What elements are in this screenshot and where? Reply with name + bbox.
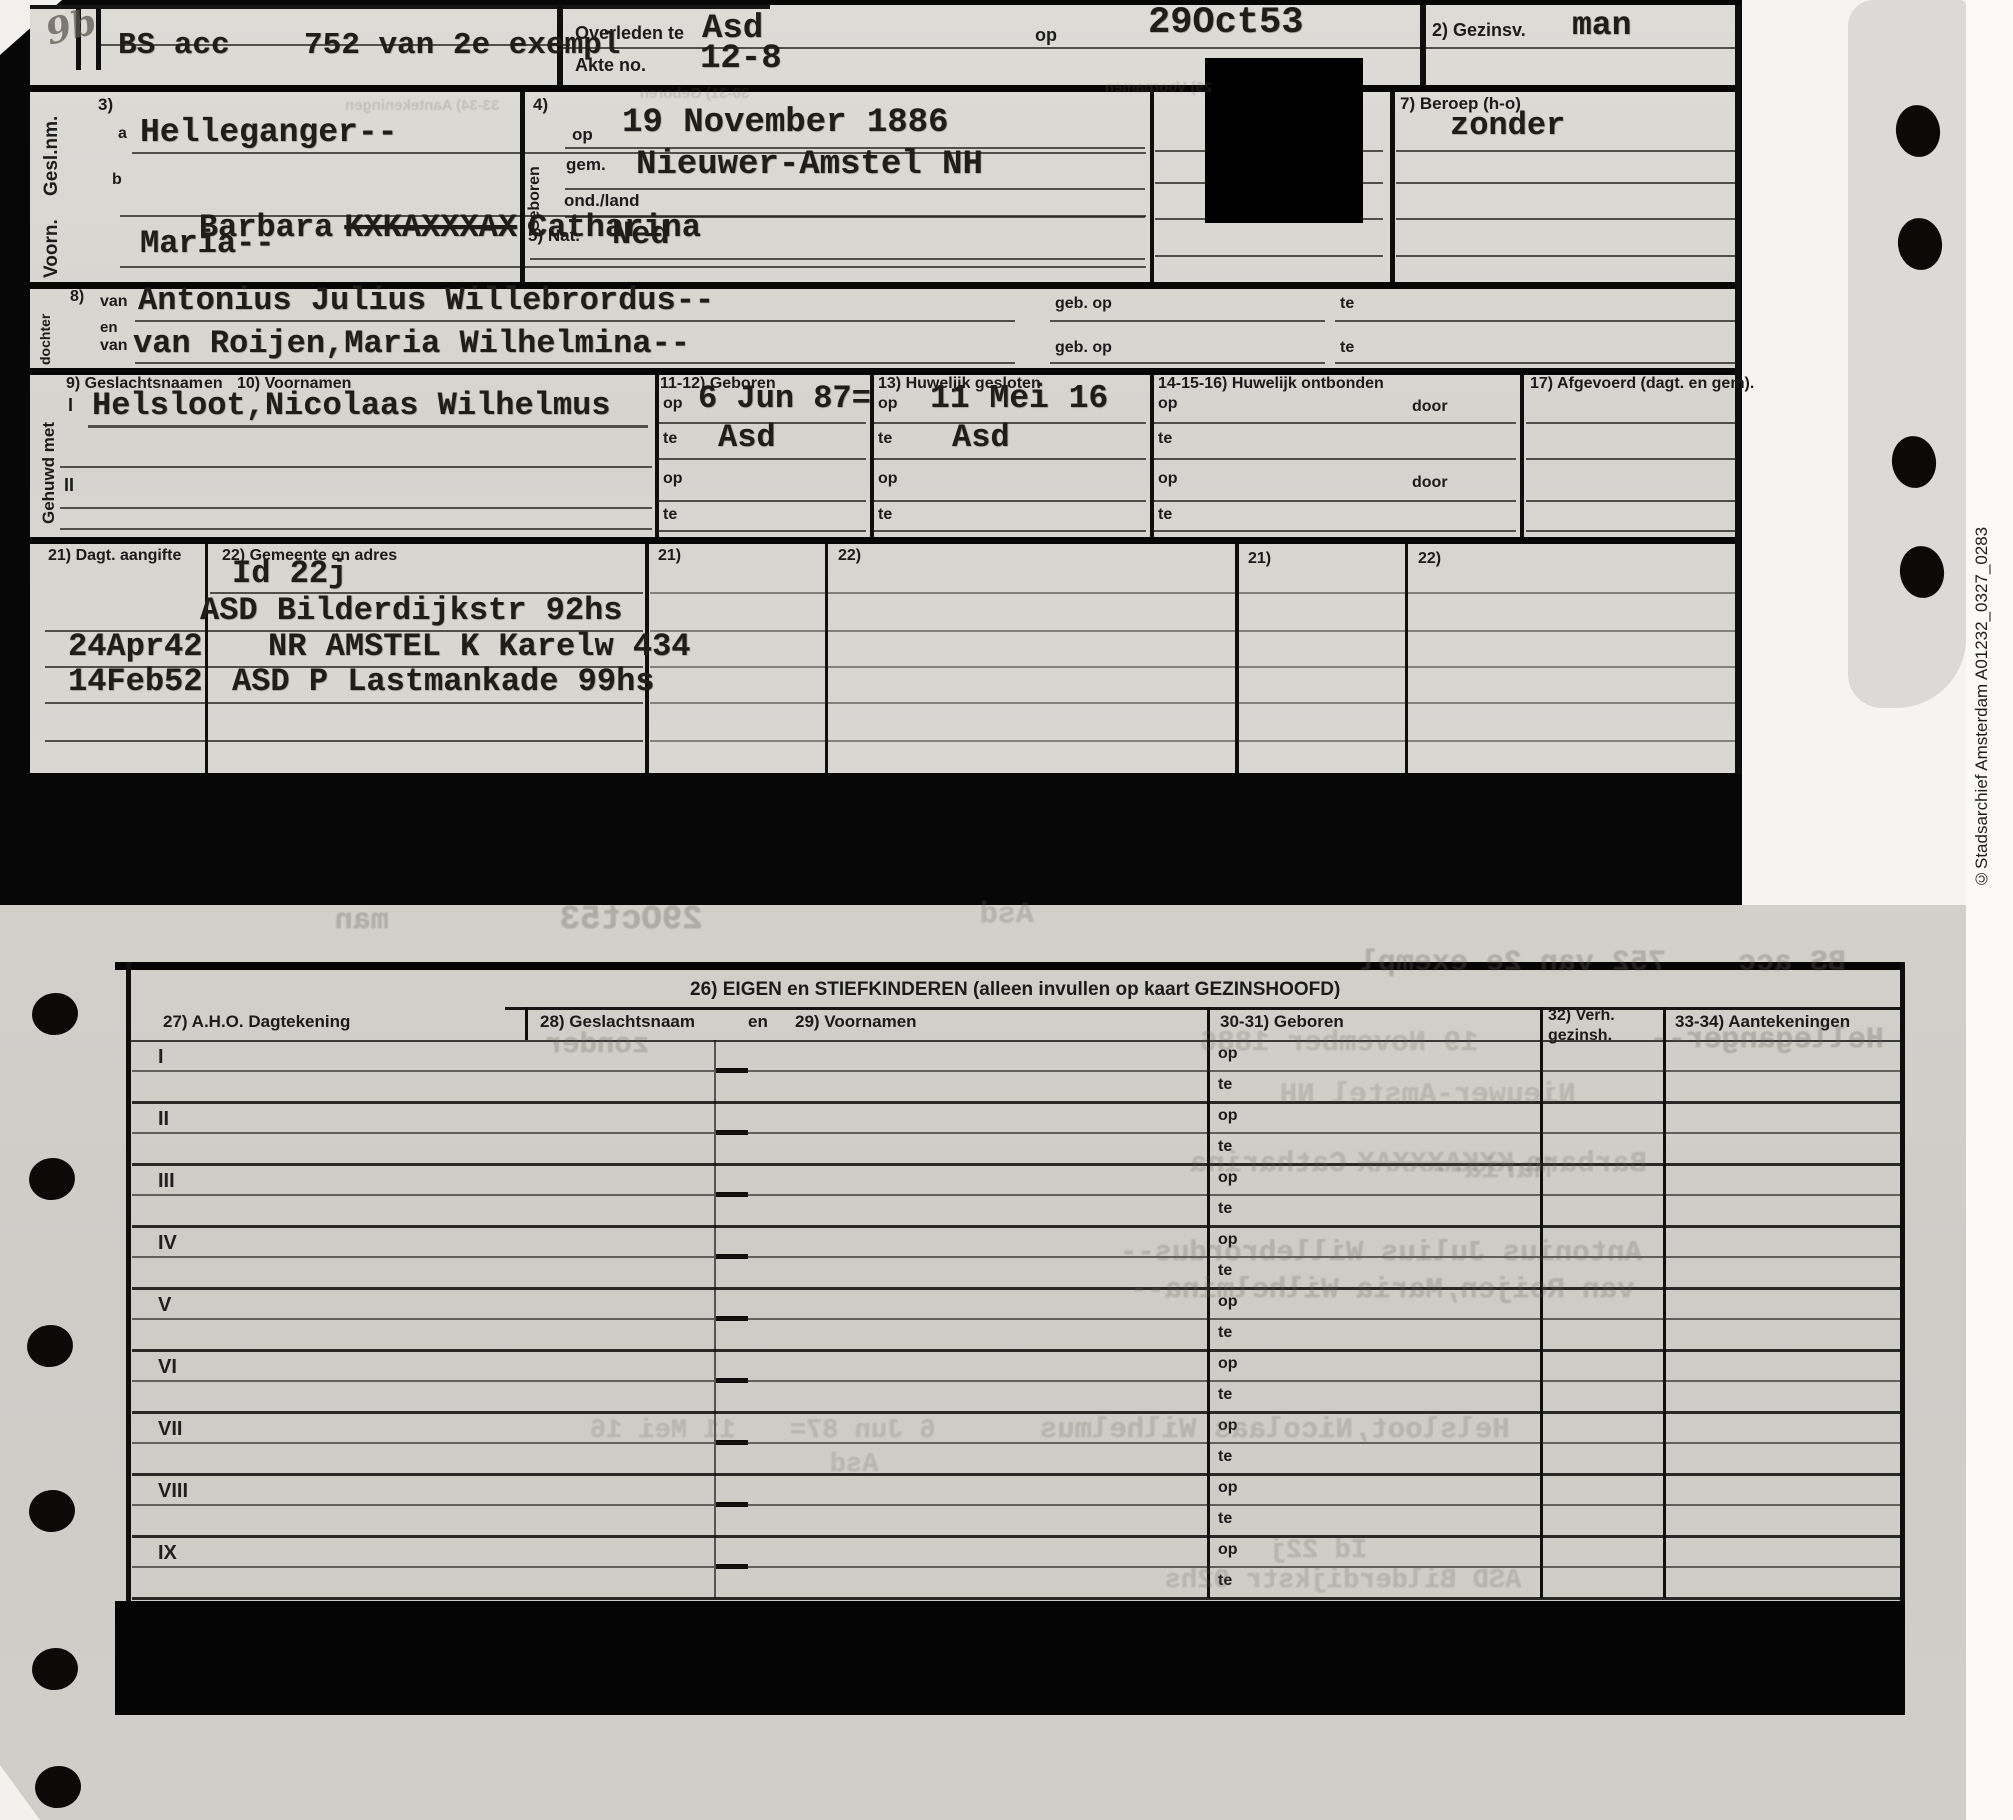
bleedthrough-text: Nieuwer-Amstel NH [1280,1080,1576,1109]
rule-line [132,1411,1900,1414]
col14-header: 14-15-16) Huwelijk ontbonden [1158,376,1384,392]
archive-stamp: ©Stadsarchief Amsterdam A01232_0327_0283 [1972,468,1992,888]
rule-line [716,1504,1900,1506]
rule-line-vertical [1405,544,1408,773]
field4-label: 4) [533,96,548,113]
back-corner-cut [0,1765,40,1820]
rule-line [132,1535,1900,1538]
child-row-numeral: V [158,1294,171,1317]
rule-line [563,47,1420,49]
registration-entry: ASD P Lastmankade 99hs [232,666,654,698]
rule-line [132,1194,714,1196]
rule-line [874,458,1146,460]
op-label: op [663,396,683,412]
sub-b-label: b [112,172,122,188]
rule-line [1154,530,1516,532]
van-label: van [100,294,128,310]
rule-line [60,528,652,530]
door-label: door [1412,475,1448,491]
nat-label: 5) Nat. [528,227,580,244]
rule-line [45,740,643,742]
back-black-band [115,1601,1905,1715]
rule-line [1050,362,1325,364]
rule-line-vertical [1420,5,1426,86]
rule-line [132,1349,1900,1352]
te-label: te [663,431,677,447]
registration-date: 14Feb52 [68,666,202,698]
spouse-name: Helsloot,Nicolaas Wilhelmus [92,390,610,422]
rule-line [874,530,1146,532]
bleedthrough-text: Catharina [1190,1147,1347,1180]
rule-line-vertical [1900,962,1905,1601]
registration-date: 24Apr42 [68,631,202,663]
akte-label: Akte no. [575,56,646,74]
rule-line [650,666,1736,668]
bleedthrough-text: 29) Voornamen [1105,80,1212,95]
rule-line-vertical [1150,375,1154,537]
op-label: op [663,471,683,487]
rule-line [45,702,643,704]
rule-line [1396,182,1736,184]
rule-line [1526,530,1736,532]
child-row-numeral: VIII [158,1480,188,1503]
col22-header-short: 22) [1418,551,1441,567]
rule-line [132,1070,714,1072]
field3-label: 3) [98,96,113,113]
rule-line [1154,500,1516,502]
mother-name: van Roijen,Maria Wilhelmina-- [133,328,690,360]
rule-line [132,1504,714,1506]
rule-line [132,1318,714,1320]
field8-label: 8) [70,289,84,305]
rule-line [716,1318,1900,1320]
bleedthrough-text: 6 Jun 87= [790,1418,936,1445]
rule-line [60,466,652,468]
scan-right-margin [1966,0,2013,1820]
rule-line [505,1007,1902,1010]
surname-value: Helleganger-- [140,116,397,149]
rule-line [132,1287,1900,1290]
row-op-label: op [1218,1479,1238,1497]
bleedthrough-text: 30-31) Geboren [640,86,749,101]
bleedthrough-text: ASD Bilderdijkstr 92hs [1165,1568,1521,1595]
rule-line [1154,422,1516,424]
rule-line-vertical [655,375,659,537]
rule-line-vertical [1150,92,1154,282]
op-label: op [1158,471,1178,487]
gezinsv-label: 2) Gezinsv. [1432,21,1526,39]
col21-header-short: 21) [658,548,681,564]
sub-a-label: a [118,126,127,142]
bleedthrough-text: 29Oct53 [560,903,703,937]
rule-line [132,1566,714,1568]
op-label: op [1035,26,1057,44]
rule-line [30,537,1742,544]
col32-header-line1: 32) Verh. [1548,1008,1615,1024]
op-label: op [878,471,898,487]
ondland-label: ond./land [564,192,640,209]
redaction-box [1205,58,1363,223]
rule-line [1154,458,1516,460]
rule-line-vertical [525,1007,528,1040]
relation-label: dochter [38,291,52,365]
col-en-header: en [748,1013,768,1030]
te-label: te [1340,340,1354,356]
te-label: te [1158,431,1172,447]
rule-line [716,1070,1900,1072]
bleedthrough-text: zonder [545,1030,649,1059]
rule-line [132,1473,1900,1476]
rule-line [1335,320,1737,322]
birth-op-label: op [572,126,593,143]
rule-line [88,425,648,428]
geboren-label: Geboren [527,122,543,232]
te-label: te [878,507,892,523]
te-label: te [878,431,892,447]
akte-number: 12-8 [700,42,782,76]
rule-line [1396,218,1736,220]
bleedthrough-text: Antonius Julius Willebrordus-- [1120,1238,1642,1267]
bleedthrough-text: Id 22j [1270,1538,1367,1565]
row-op-label: op [1218,1541,1238,1559]
child-row-numeral: II [158,1108,169,1131]
given-struck-out: KXKAXXXAX [344,209,517,246]
birth-place: Nieuwer-Amstel NH [636,148,983,182]
rule-line [874,422,1146,424]
geb-op-label: geb. op [1055,296,1112,312]
marriage-row2-numeral: II [64,476,74,494]
rule-line-vertical [126,962,131,1601]
col32-header-line2: gezinsh. [1548,1028,1612,1044]
bleedthrough-text: Asd [830,1452,879,1479]
rule-line [1526,458,1736,460]
rule-line [650,630,1736,632]
child-row-numeral: IV [158,1232,177,1255]
rule-line [135,320,1015,322]
te-label: te [1158,507,1172,523]
geb-op-label: geb. op [1055,340,1112,356]
op-label: op [1158,396,1178,412]
col22-header-short: 22) [838,548,861,564]
gehuwd-label: Gehuwd met [40,388,57,524]
rule-line-vertical [1663,1007,1666,1598]
rule-line [658,500,866,502]
registration-entry: NR AMSTEL K Karelw 434 [268,631,690,663]
birth-date: 19 November 1886 [622,106,948,140]
rule-line [30,368,1742,375]
en-label: en [100,320,118,335]
col21-header-short: 21) [1248,551,1271,567]
children-table-title: 26) EIGEN en STIEFKINDEREN (alleen invul… [690,980,1340,999]
bleedthrough-text: Maria-- [1430,1155,1552,1184]
beroep-value: zonder [1450,110,1565,142]
rule-line-vertical [1390,92,1395,282]
col27-header: 27) A.H.O. Dagtekening [163,1013,350,1030]
te-label: te [663,507,677,523]
rule-line-vertical [205,544,208,773]
child-row-numeral: VI [158,1356,177,1379]
child-row-numeral: I [158,1046,164,1069]
rule-line [132,1101,1900,1104]
rule-line [650,592,1736,594]
rule-line [1396,150,1736,152]
van-label: van [100,338,128,354]
rule-line [1050,320,1325,322]
bleedthrough-text: Asd [980,900,1034,930]
col21-header: 21) Dagt. aangifte [48,548,181,564]
rule-line [650,702,1736,704]
registration-number: BS acc 752 van 2e exempl [118,30,620,61]
rule-line [30,85,1742,92]
row-te-label: te [1218,1510,1232,1528]
rule-line [132,1597,1900,1600]
bleedthrough-text: Helsloot,Nicolaas Wilhelmus [1040,1415,1510,1444]
row-te-label: te [1218,1324,1232,1342]
row-te-label: te [1218,1076,1232,1094]
row-te-label: te [1218,1448,1232,1466]
registration-entry: Id 22j [232,558,347,590]
bleedthrough-text: van Roijen,Maria Wilhelmina-- [1130,1275,1635,1304]
rule-line [1396,255,1736,257]
rule-line [1426,47,1736,49]
rule-line [132,1225,1900,1228]
row-te-label: te [1218,1386,1232,1404]
row-op-label: op [1218,1355,1238,1373]
rule-line [658,530,866,532]
door-label: door [1412,399,1448,415]
op-label: op [878,396,898,412]
rule-line [716,1380,1900,1382]
bleedthrough-text: 11 Mei 16 [590,1418,736,1445]
rule-line [1335,362,1737,364]
marriage-place: Asd [952,422,1010,454]
marriage-row1-numeral: I [68,396,73,414]
gem-label: gem. [566,156,606,173]
geslnm-label: Gesl.nm. [42,100,61,196]
bleedthrough-text: 19 November 1886 [1200,1028,1478,1057]
gezinsv-value: man [1572,9,1631,42]
bleedthrough-text: 33-34) Aantekeningen [345,98,500,113]
rule-line [132,1132,714,1134]
nationality-value: Ned [612,219,670,251]
rule-line [658,458,866,460]
te-label: te [1340,296,1354,312]
binder-strip [1848,0,1966,708]
rule-line [874,500,1146,502]
given-names-line2: Maria-- [140,228,274,260]
rule-line [132,1256,714,1258]
rule-line-vertical [825,544,828,773]
rule-line [60,507,652,509]
registration-entry: ASD Bilderdijkstr 92hs [200,595,622,627]
voorn-label: Voorn. [42,200,61,278]
rule-line [126,1040,1902,1042]
rule-line [650,740,1736,742]
father-name: Antonius Julius Willebrordus-- [138,285,714,317]
child-row-numeral: VII [158,1418,182,1441]
child-row-numeral: IX [158,1542,177,1565]
rule-line-vertical [1520,375,1524,537]
rule-line [135,362,1015,364]
col29-header: 29) Voornamen [795,1013,917,1030]
marriage-date: 11 Mei 16 [930,382,1108,415]
rule-line [132,1380,714,1382]
spouse-born-date: 6 Jun 87= [698,383,871,415]
rule-line [30,5,770,9]
rule-line [1526,500,1736,502]
bleedthrough-text: man [335,906,389,936]
overleden-label: Overleden te [575,24,684,42]
spouse-born-place: Asd [718,422,776,454]
col17-header: 17) Afgevoerd (dagt. en gem). [1530,376,1754,392]
child-row-numeral: III [158,1170,175,1193]
rule-line [1155,255,1383,257]
bleedthrough-text: BS acc 752 van 2e exempl [1360,948,1846,978]
rule-line [1526,422,1736,424]
bleedthrough-text: Helleganger-- [1650,1025,1884,1055]
scanned-card-page: IopteIIopteIIIopteIVopteVopteVIopteVIIop… [0,0,2013,1820]
rule-line-vertical [1235,544,1239,773]
overleden-date: 29Oct53 [1148,5,1303,42]
